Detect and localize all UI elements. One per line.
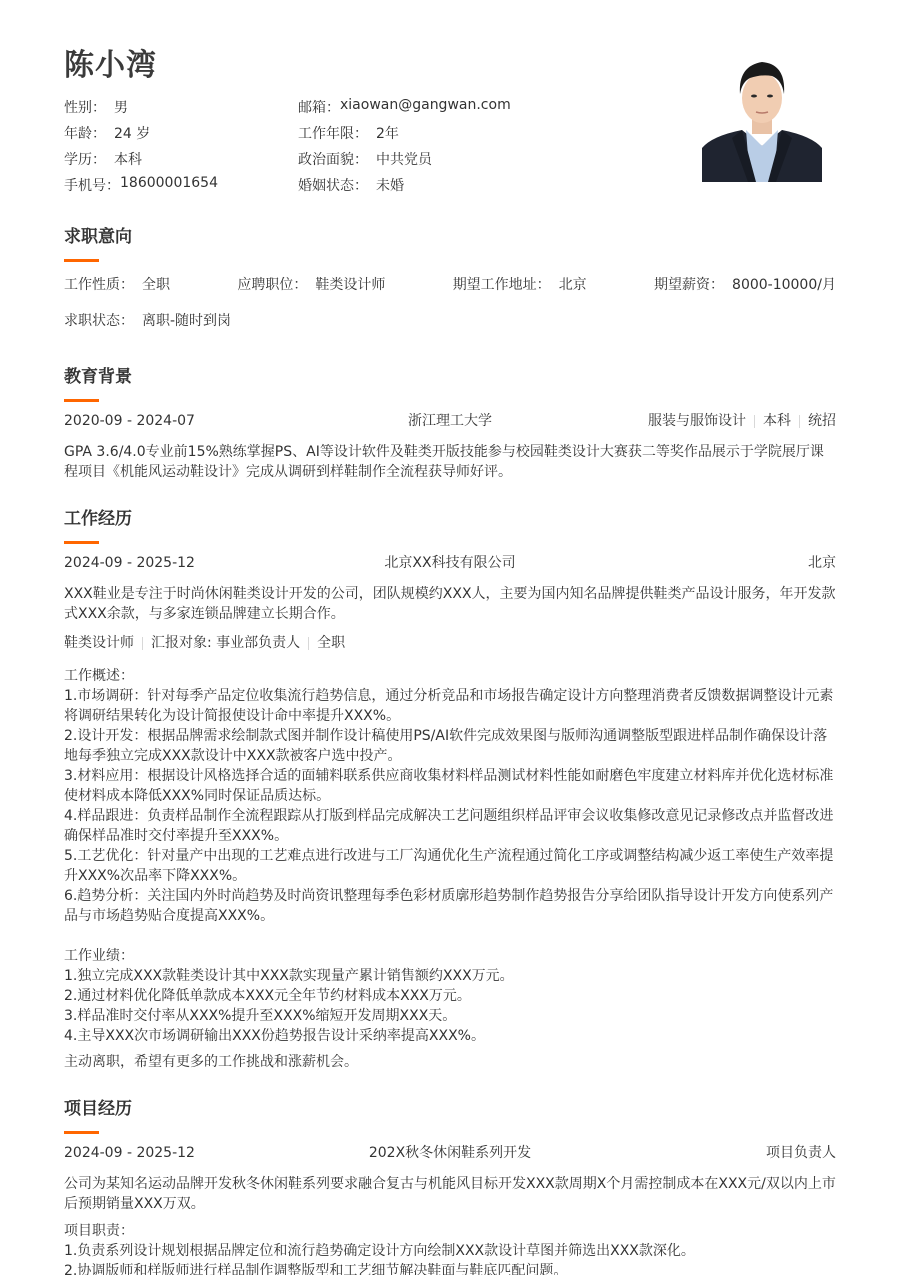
phone-field: 手机号： 18600001654 — [64, 175, 298, 195]
work-city: 北京 — [808, 553, 836, 573]
divider — [799, 415, 800, 428]
job-intent-section: 求职意向 工作性质：全职 应聘职位：鞋类设计师 期望工作地址：北京 期望薪资：8… — [64, 225, 836, 331]
position-label: 应聘职位： — [237, 277, 307, 293]
achievement-item: 1.独立完成XXX款鞋类设计其中XXX款实现量产累计销售额约XXX万元。 — [64, 966, 836, 986]
phone-value: 18600001654 — [120, 175, 218, 195]
work-nature: 工作性质：全职 — [64, 275, 170, 295]
gender-value: 男 — [114, 97, 128, 117]
education-value: 本科 — [114, 149, 142, 169]
location-value: 北京 — [559, 277, 587, 293]
info-row: 性别： 男 邮箱： xiaowan@gangwan.com — [64, 94, 544, 120]
job-status: 求职状态：离职-随时到岗 — [64, 311, 231, 331]
section-accent-line — [64, 541, 99, 544]
overview-item: 4.样品跟进：负责样品制作全流程跟踪从打版到样品完成解决工艺问题组织样品评审会议… — [64, 806, 836, 846]
politics-value: 中共党员 — [376, 149, 432, 169]
work-achievements: 工作业绩： 1.独立完成XXX款鞋类设计其中XXX款实现量产累计销售额约XXX万… — [64, 946, 836, 1046]
work-overview: 工作概述： 1.市场调研：针对每季产品定位收集流行趋势信息，通过分析竞品和市场报… — [64, 666, 836, 926]
politics-label: 政治面貌： — [298, 149, 368, 169]
profile-photo — [702, 50, 822, 182]
overview-item: 5.工艺优化：针对量产中出现的工艺难点进行改进与工厂沟通优化生产流程通过简化工序… — [64, 846, 836, 886]
overview-item: 3.材料应用：根据设计风格选择合适的面辅料联系供应商收集材料样品测试材料性能如耐… — [64, 766, 836, 806]
work-nature-value: 全职 — [142, 277, 170, 293]
work-tags: 鞋类设计师 汇报对象: 事业部负责人 全职 — [64, 633, 836, 653]
project-role: 项目负责人 — [766, 1143, 836, 1163]
email-value: xiaowan@gangwan.com — [340, 97, 511, 117]
info-row: 年龄： 24 岁 工作年限： 2年 — [64, 120, 544, 146]
education-description: GPA 3.6/4.0专业前15%熟练掌握PS、AI等设计软件及鞋类开版技能参与… — [64, 442, 836, 482]
overview-label: 工作概述： — [64, 666, 836, 686]
location: 期望工作地址：北京 — [453, 275, 587, 295]
info-row: 手机号： 18600001654 婚姻状态： 未婚 — [64, 172, 544, 198]
work-years-label: 工作年限： — [298, 123, 368, 143]
phone-label: 手机号： — [64, 175, 120, 195]
education-section: 教育背景 2020-09 - 2024-07 浙江理工大学 服装与服饰设计 本科… — [64, 365, 836, 482]
candidate-name: 陈小湾 — [64, 40, 157, 84]
info-row: 学历： 本科 政治面貌： 中共党员 — [64, 146, 544, 172]
work-entry-header: 2024-09 - 2025-12 北京XX科技有限公司 北京 — [64, 553, 836, 573]
section-accent-line — [64, 399, 99, 402]
duty-item: 2.协调版师和样版师进行样品制作调整版型和工艺细节解决鞋面与鞋底匹配问题。 — [64, 1261, 836, 1275]
work-years-value: 2年 — [376, 123, 399, 143]
achievements-label: 工作业绩： — [64, 946, 836, 966]
divider — [308, 637, 309, 650]
duties-label: 项目职责： — [64, 1221, 836, 1241]
section-accent-line — [64, 1131, 99, 1134]
overview-item: 2.设计开发：根据品牌需求绘制款式图并制作设计稿使用PS/AI软件完成效果图与版… — [64, 726, 836, 766]
project-period: 2024-09 - 2025-12 — [64, 1143, 195, 1163]
work-years-field: 工作年限： 2年 — [298, 123, 399, 143]
work-section: 工作经历 2024-09 - 2025-12 北京XX科技有限公司 北京 XXX… — [64, 507, 836, 1072]
email-field: 邮箱： xiaowan@gangwan.com — [298, 97, 511, 117]
report-to-tag: 汇报对象: 事业部负责人 — [151, 633, 300, 653]
company-description: XXX鞋业是专注于时尚休闲鞋类设计开发的公司，团队规模约XXX人，主要为国内知名… — [64, 584, 836, 624]
marital-field: 婚姻状态： 未婚 — [298, 175, 404, 195]
section-title: 教育背景 — [64, 365, 836, 389]
age-label: 年龄： — [64, 123, 106, 143]
enrollment-type: 统招 — [808, 411, 836, 431]
job-status-label: 求职状态： — [64, 313, 134, 329]
education-entry-header: 2020-09 - 2024-07 浙江理工大学 服装与服饰设计 本科 统招 — [64, 411, 836, 431]
salary: 期望薪资：8000-10000/月 — [654, 275, 836, 295]
leave-reason: 主动离职，希望有更多的工作挑战和涨薪机会。 — [64, 1052, 836, 1072]
marital-label: 婚姻状态： — [298, 175, 368, 195]
section-accent-line — [64, 259, 99, 262]
education-period: 2020-09 - 2024-07 — [64, 411, 195, 431]
gender-label: 性别： — [64, 97, 106, 117]
education-meta: 服装与服饰设计 本科 统招 — [648, 411, 836, 431]
project-description: 公司为某知名运动品牌开发秋冬休闲鞋系列要求融合复古与机能风目标开发XXX款周期X… — [64, 1174, 836, 1214]
employment-type-tag: 全职 — [317, 633, 345, 653]
marital-value: 未婚 — [376, 175, 404, 195]
divider — [142, 637, 143, 650]
education-label: 学历： — [64, 149, 106, 169]
project-entry-header: 2024-09 - 2025-12 202X秋冬休闲鞋系列开发 项目负责人 — [64, 1143, 836, 1163]
work-period: 2024-09 - 2025-12 — [64, 553, 195, 573]
salary-label: 期望薪资： — [654, 277, 724, 293]
intent-row: 工作性质：全职 应聘职位：鞋类设计师 期望工作地址：北京 期望薪资：8000-1… — [64, 275, 836, 295]
overview-item: 1.市场调研：针对每季产品定位收集流行趋势信息，通过分析竞品和市场报告确定设计方… — [64, 686, 836, 726]
intent-row: 求职状态：离职-随时到岗 — [64, 311, 836, 331]
gender-field: 性别： 男 — [64, 97, 298, 117]
work-nature-label: 工作性质： — [64, 277, 134, 293]
duty-item: 1.负责系列设计规划根据品牌定位和流行趋势确定设计方向绘制XXX款设计草图并筛选… — [64, 1241, 836, 1261]
section-title: 工作经历 — [64, 507, 836, 531]
politics-field: 政治面貌： 中共党员 — [298, 149, 432, 169]
section-title: 项目经历 — [64, 1097, 836, 1121]
achievement-item: 2.通过材料优化降低单款成本XXX元全年节约材料成本XXX万元。 — [64, 986, 836, 1006]
email-label: 邮箱： — [298, 97, 340, 117]
salary-value: 8000-10000/月 — [732, 277, 836, 293]
achievement-item: 4.主导XXX次市场调研输出XXX份趋势报告设计采纳率提高XXX%。 — [64, 1026, 836, 1046]
age-field: 年龄： 24 岁 — [64, 123, 298, 143]
divider — [754, 415, 755, 428]
position-value: 鞋类设计师 — [315, 277, 385, 293]
major: 服装与服饰设计 — [648, 411, 746, 431]
job-title-tag: 鞋类设计师 — [64, 633, 134, 653]
degree: 本科 — [763, 411, 791, 431]
personal-info: 性别： 男 邮箱： xiaowan@gangwan.com 年龄： 24 岁 工… — [64, 94, 544, 198]
overview-item: 6.趋势分析：关注国内外时尚趋势及时尚资讯整理每季色彩材质廓形趋势制作趋势报告分… — [64, 886, 836, 926]
location-label: 期望工作地址： — [453, 277, 551, 293]
age-value: 24 岁 — [114, 123, 150, 143]
job-status-value: 离职-随时到岗 — [142, 313, 231, 329]
portrait-icon — [702, 50, 822, 182]
education-field: 学历： 本科 — [64, 149, 298, 169]
project-section: 项目经历 2024-09 - 2025-12 202X秋冬休闲鞋系列开发 项目负… — [64, 1097, 836, 1275]
section-title: 求职意向 — [64, 225, 836, 249]
achievement-item: 3.样品准时交付率从XXX%提升至XXX%缩短开发周期XXX天。 — [64, 1006, 836, 1026]
position: 应聘职位：鞋类设计师 — [237, 275, 385, 295]
project-duties: 项目职责： 1.负责系列设计规划根据品牌定位和流行趋势确定设计方向绘制XXX款设… — [64, 1221, 836, 1275]
